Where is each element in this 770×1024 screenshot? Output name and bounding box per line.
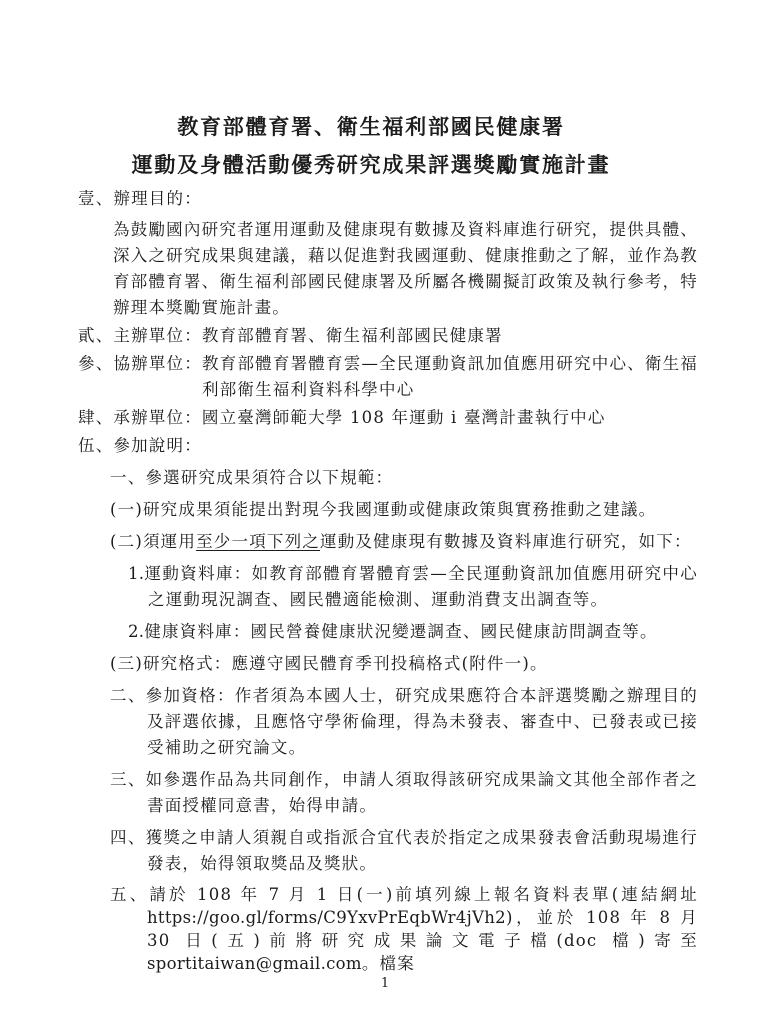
- underlined-phrase: 至少一項下列之: [196, 532, 320, 551]
- database-item-2-text: 健康資料庫：國民營養健康狀況變遷調查、國民健康訪問調查等。: [144, 622, 657, 641]
- section-2-label: 貳、: [78, 326, 113, 345]
- item-5: 五、請於 108 年 7 月 1 日(一)前填列線上報名資料表單(連結網址 ht…: [110, 883, 698, 975]
- item-1-1-label: (一): [110, 500, 143, 519]
- section-3-body: 教育部體育署體育雲—全民運動資訊加值應用研究中心、衛生福利部衛生福利資料科學中心: [202, 354, 698, 399]
- section-1-title: 辦理目的：: [113, 189, 202, 208]
- database-item-1-text: 運動資料庫：如教育部體育署體育雲—全民運動資訊加值應用研究中心之運動現況調查、國…: [144, 564, 698, 609]
- doc-title-line2: 運動及身體活動優秀研究成果評選獎勵實施計畫: [78, 150, 664, 180]
- registration-form-url: https://goo.gl/forms/C9YxvPrEqbWr4jVh2: [147, 908, 506, 927]
- database-item-2: 2.健康資料庫：國民營養健康狀況變遷調查、國民健康訪問調查等。: [128, 619, 698, 645]
- section-4: 肆、承辦單位：國立臺灣師範大學 108 年運動 i 臺灣計畫執行中心: [78, 405, 698, 431]
- item-4-label: 四、: [110, 828, 146, 847]
- item-1: 一、參選研究成果須符合以下規範：: [110, 465, 698, 491]
- section-4-title: 承辦單位：: [113, 408, 202, 427]
- database-item-2-label: 2.: [128, 622, 144, 641]
- item-2-label: 二、: [110, 686, 146, 705]
- item-1-3: (三)研究格式：應遵守國民體育季刊投稿格式(附件一)。: [110, 651, 698, 677]
- item-2: 二、參加資格：作者須為本國人士，研究成果應符合本評選獎勵之辦理目的及評選依據，且…: [110, 683, 698, 761]
- item-5-text-1: 請於 108 年 7 月 1 日(一)前填列線上報名資料表單(連結網址: [149, 885, 698, 904]
- doc-title-line1: 教育部體育署、衛生福利部國民健康署: [78, 112, 664, 142]
- section-5-label: 伍、: [78, 436, 113, 455]
- item-1-3-text: 研究格式：應遵守國民體育季刊投稿格式(附件一)。: [143, 654, 548, 673]
- item-3-label: 三、: [110, 770, 146, 789]
- item-1-2-prefix: 須運用: [143, 532, 196, 551]
- section-3-label: 參、: [78, 354, 113, 373]
- section-3: 參、協辦單位：教育部體育署體育雲—全民運動資訊加值應用研究中心、衛生福利部衛生福…: [78, 351, 698, 403]
- section-5-title: 參加說明：: [113, 436, 202, 455]
- section-4-body: 國立臺灣師範大學 108 年運動 i 臺灣計畫執行中心: [202, 408, 606, 427]
- database-item-1: 1.運動資料庫：如教育部體育署體育雲—全民運動資訊加值應用研究中心之運動現況調查…: [128, 561, 698, 613]
- item-1-1-text: 研究成果須能提出對現今我國運動或健康政策與實務推動之建議。: [143, 500, 656, 519]
- section-2-title: 主辦單位：: [113, 326, 202, 345]
- item-1-text: 參選研究成果須符合以下規範：: [145, 468, 393, 487]
- item-5-label: 五、: [110, 885, 149, 904]
- item-4: 四、獲獎之申請人須親自或指派合宜代表於指定之成果發表會活動現場進行發表，始得領取…: [110, 825, 698, 877]
- section-4-label: 肆、: [78, 408, 113, 427]
- item-2-text: 參加資格：作者須為本國人士，研究成果應符合本評選獎勵之辦理目的及評選依據，且應恪…: [146, 686, 698, 757]
- item-1-1: (一)研究成果須能提出對現今我國運動或健康政策與實務推動之建議。: [110, 497, 698, 523]
- item-3-text: 如參選作品為共同創作，申請人須取得該研究成果論文其他全部作者之書面授權同意書，始…: [146, 770, 698, 815]
- page-number: 1: [0, 976, 770, 992]
- item-1-2-label: (二): [110, 532, 143, 551]
- item-1-label: 一、: [110, 468, 145, 487]
- item-1-2: (二)須運用至少一項下列之運動及健康現有數據及資料庫進行研究，如下：: [110, 529, 698, 555]
- section-1-label: 壹、: [78, 189, 113, 208]
- section-3-title: 協辦單位：: [113, 354, 202, 373]
- section-5-heading: 伍、參加說明：: [78, 433, 698, 459]
- item-4-text: 獲獎之申請人須親自或指派合宜代表於指定之成果發表會活動現場進行發表，始得領取獎品…: [146, 828, 698, 873]
- item-3: 三、如參選作品為共同創作，申請人須取得該研究成果論文其他全部作者之書面授權同意書…: [110, 767, 698, 819]
- item-5-text-3: 。檔案: [362, 954, 415, 973]
- item-1-2-suffix: 運動及健康現有數據及資料庫進行研究，如下：: [320, 532, 692, 551]
- section-1-body: 為鼓勵國內研究者運用運動及健康現有數據及資料庫進行研究，提供具體、深入之研究成果…: [78, 217, 698, 321]
- section-2: 貳、主辦單位：教育部體育署、衛生福利部國民健康署: [78, 323, 698, 349]
- submission-email: sportitaiwan@gmail.com: [147, 954, 362, 973]
- item-1-3-label: (三): [110, 654, 143, 673]
- section-2-body: 教育部體育署、衛生福利部國民健康署: [202, 326, 503, 345]
- database-item-1-label: 1.: [128, 564, 144, 583]
- document-page: 教育部體育署、衛生福利部國民健康署 運動及身體活動優秀研究成果評選獎勵實施計畫 …: [0, 0, 770, 1024]
- section-1-heading: 壹、辦理目的：: [78, 186, 698, 212]
